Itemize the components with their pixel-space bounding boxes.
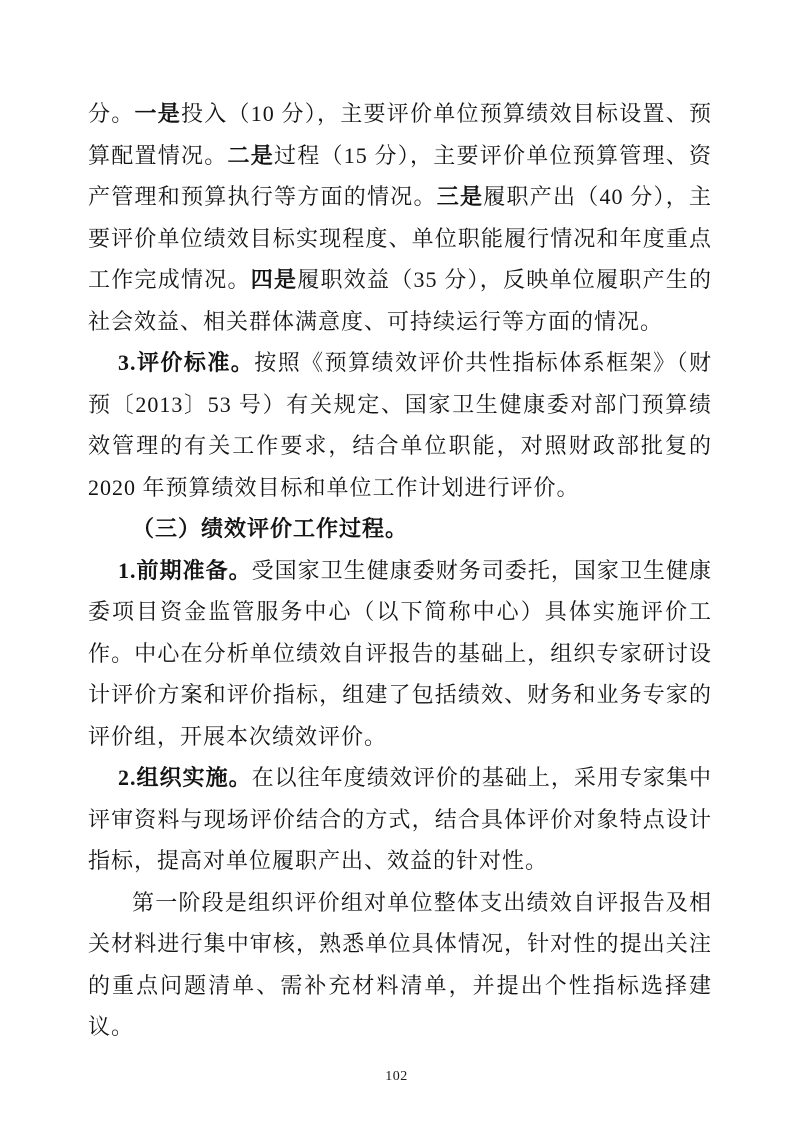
paragraph-implementation: 2.组织实施。在以往年度绩效评价的基础上，采用专家集中评审资料与现场评价结合的方…: [88, 757, 712, 882]
bold-run: 二是: [228, 143, 275, 168]
bold-run: 三是: [437, 184, 484, 209]
bold-run: 3.评价标准。: [118, 350, 254, 375]
paragraph-evaluation-criteria: 3.评价标准。按照《预算绩效评价共性指标体系框架》（财预〔2013〕53 号）有…: [88, 342, 712, 508]
paragraph-scoring-dimensions: 分。一是投入（10 分），主要评价单位预算绩效目标设置、预算配置情况。二是过程（…: [88, 93, 712, 342]
text-run: 受国家卫生健康委财务司委托，国家卫生健康委项目资金监管服务中心（以下简称中心）具…: [88, 558, 712, 749]
bold-run: 一是: [135, 101, 182, 126]
bold-run: 四是: [251, 267, 298, 292]
document-page: 分。一是投入（10 分），主要评价单位预算绩效目标设置、预算配置情况。二是过程（…: [0, 0, 793, 1122]
bold-run: 2.组织实施。: [118, 765, 252, 790]
text-run: 分。: [88, 101, 135, 126]
bold-run: 1.前期准备。: [118, 558, 252, 583]
paragraph-first-stage: 第一阶段是组织评价组对单位整体支出绩效自评报告及相关材料进行集中审核，熟悉单位具…: [88, 882, 712, 1048]
paragraph-preparation: 1.前期准备。受国家卫生健康委财务司委托，国家卫生健康委项目资金监管服务中心（以…: [88, 550, 712, 758]
document-body: 分。一是投入（10 分），主要评价单位预算绩效目标设置、预算配置情况。二是过程（…: [88, 93, 712, 1048]
page-number: 102: [385, 1069, 408, 1084]
section-heading-evaluation-process: （三）绩效评价工作过程。: [88, 508, 712, 550]
page-footer: 102: [0, 1068, 793, 1086]
text-run: 第一阶段是组织评价组对单位整体支出绩效自评报告及相关材料进行集中审核，熟悉单位具…: [88, 890, 712, 1040]
heading-text: （三）绩效评价工作过程。: [132, 516, 408, 541]
